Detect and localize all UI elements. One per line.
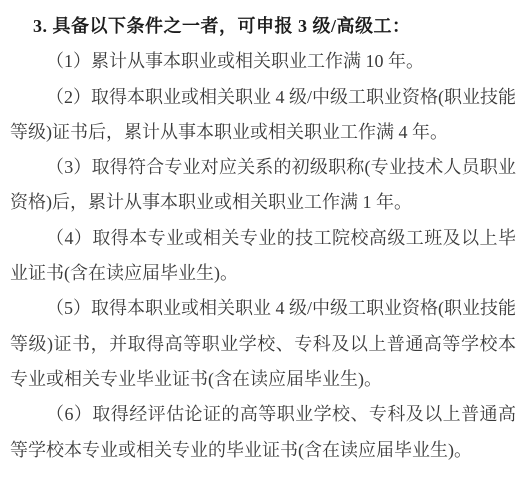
condition-item-3: （3）取得符合专业对应关系的初级职称(专业技术人员职业资格)后，累计从事本职业或… xyxy=(10,150,516,221)
document-page: 3. 具备以下条件之一者，可申报 3 级/高级工： （1）累计从事本职业或相关职… xyxy=(0,0,527,499)
section-heading: 3. 具备以下条件之一者，可申报 3 级/高级工： xyxy=(10,9,516,44)
condition-item-2: （2）取得本职业或相关职业 4 级/中级工职业资格(职业技能等级)证书后，累计从… xyxy=(10,80,516,151)
condition-item-5: （5）取得本职业或相关职业 4 级/中级工职业资格(职业技能等级)证书，并取得高… xyxy=(10,291,516,397)
condition-item-6: （6）取得经评估论证的高等职业学校、专科及以上普通高等学校本专业或相关专业的毕业… xyxy=(10,397,516,468)
condition-item-1: （1）累计从事本职业或相关职业工作满 10 年。 xyxy=(10,44,516,79)
condition-item-4: （4）取得本专业或相关专业的技工院校高级工班及以上毕业证书(含在读应届毕业生)。 xyxy=(10,221,516,292)
